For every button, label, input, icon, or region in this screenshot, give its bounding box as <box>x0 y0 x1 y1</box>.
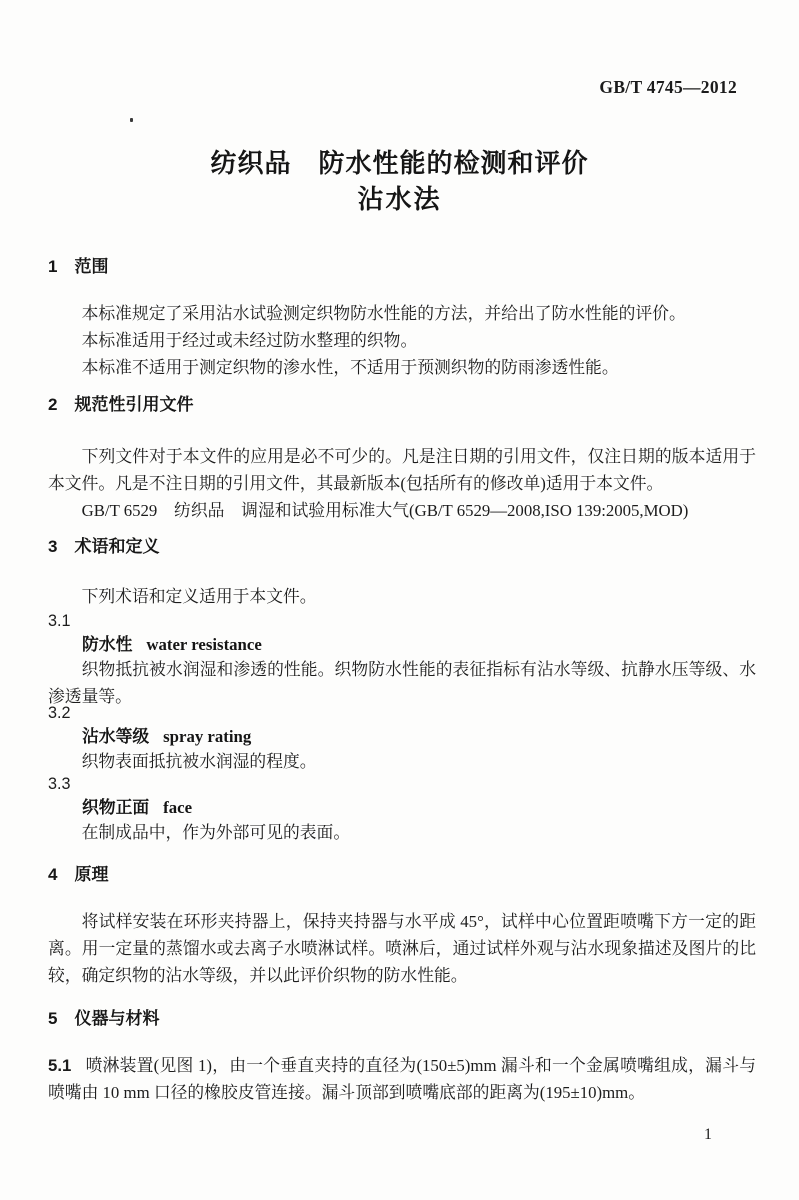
section-1-body: 本标准规定了采用沾水试验测定织物防水性能的方法，并给出了防水性能的评价。 本标准… <box>48 300 756 381</box>
term-title-en: face <box>163 798 192 817</box>
term-definition-block: 织物抵抗被水润湿和渗透的性能。织物防水性能的表征指标有沾水等级、抗静水压等级、水… <box>48 656 756 710</box>
term-definition-block: 在制成品中，作为外部可见的表面。 <box>48 819 756 846</box>
term-number: 3.3 <box>48 772 71 796</box>
term-title-zh: 沾水等级 <box>82 727 149 746</box>
term-number: 3.2 <box>48 701 71 725</box>
term-title: 沾水等级spray rating <box>82 725 251 749</box>
principle-paragraph: 将试样安装在环形夹持器上，保持夹持器与水平成 45°，试样中心位置距喷嘴下方一定… <box>48 908 756 989</box>
section-4-body: 将试样安装在环形夹持器上，保持夹持器与水平成 45°，试样中心位置距喷嘴下方一定… <box>48 908 756 989</box>
document-title: 纺织品 防水性能的检测和评价 <box>0 147 799 179</box>
term-definition: 在制成品中，作为外部可见的表面。 <box>48 819 756 846</box>
term-definition-block: 织物表面抵抗被水润湿的程度。 <box>48 748 756 775</box>
scope-paragraph-1: 本标准规定了采用沾水试验测定织物防水性能的方法，并给出了防水性能的评价。 <box>48 300 756 327</box>
term-number: 3.1 <box>48 609 71 633</box>
term-title: 织物正面face <box>82 796 192 820</box>
normative-ref-paragraph: 下列文件对于本文件的应用是必不可少的。凡是注日期的引用文件，仅注日期的版本适用于… <box>48 443 756 497</box>
section-3-heading: 3 术语和定义 <box>48 536 159 558</box>
section-5-heading: 5 仪器与材料 <box>48 1008 159 1030</box>
term-title-en: water resistance <box>146 635 261 654</box>
term-title-zh: 防水性 <box>82 635 132 654</box>
terms-intro: 下列术语和定义适用于本文件。 <box>48 583 756 610</box>
section-4-heading: 4 原理 <box>48 864 108 886</box>
section-2-heading: 2 规范性引用文件 <box>48 394 193 416</box>
page-number: 1 <box>704 1124 712 1146</box>
scope-paragraph-3: 本标准不适用于测定织物的渗水性，不适用于预测织物的防雨渗透性能。 <box>48 354 756 381</box>
document-subtitle: 沾水法 <box>0 183 799 215</box>
clause-text: 喷淋装置(见图 1)，由一个垂直夹持的直径为(150±5)mm 漏斗和一个金属喷… <box>48 1056 756 1102</box>
document-page: GB/T 4745—2012 纺织品 防水性能的检测和评价 沾水法 1 范围 本… <box>0 0 799 1200</box>
term-title: 防水性water resistance <box>82 633 262 657</box>
normative-ref-item: GB/T 6529 纺织品 调湿和试验用标准大气(GB/T 6529—2008,… <box>48 497 756 524</box>
term-title-en: spray rating <box>163 727 251 746</box>
section-2-body: 下列文件对于本文件的应用是必不可少的。凡是注日期的引用文件，仅注日期的版本适用于… <box>48 443 756 524</box>
apparatus-clause: 5.1喷淋装置(见图 1)，由一个垂直夹持的直径为(150±5)mm 漏斗和一个… <box>48 1052 756 1106</box>
scope-paragraph-2: 本标准适用于经过或未经过防水整理的织物。 <box>48 327 756 354</box>
term-definition: 织物表面抵抗被水润湿的程度。 <box>48 748 756 775</box>
scan-speck <box>130 118 133 122</box>
term-definition: 织物抵抗被水润湿和渗透的性能。织物防水性能的表征指标有沾水等级、抗静水压等级、水… <box>48 656 756 710</box>
standard-code: GB/T 4745—2012 <box>599 77 737 98</box>
term-title-zh: 织物正面 <box>82 798 149 817</box>
section-5-body: 5.1喷淋装置(见图 1)，由一个垂直夹持的直径为(150±5)mm 漏斗和一个… <box>48 1052 756 1106</box>
section-1-heading: 1 范围 <box>48 256 108 278</box>
clause-number: 5.1 <box>48 1056 71 1075</box>
terms-intro-text: 下列术语和定义适用于本文件。 <box>48 583 756 610</box>
